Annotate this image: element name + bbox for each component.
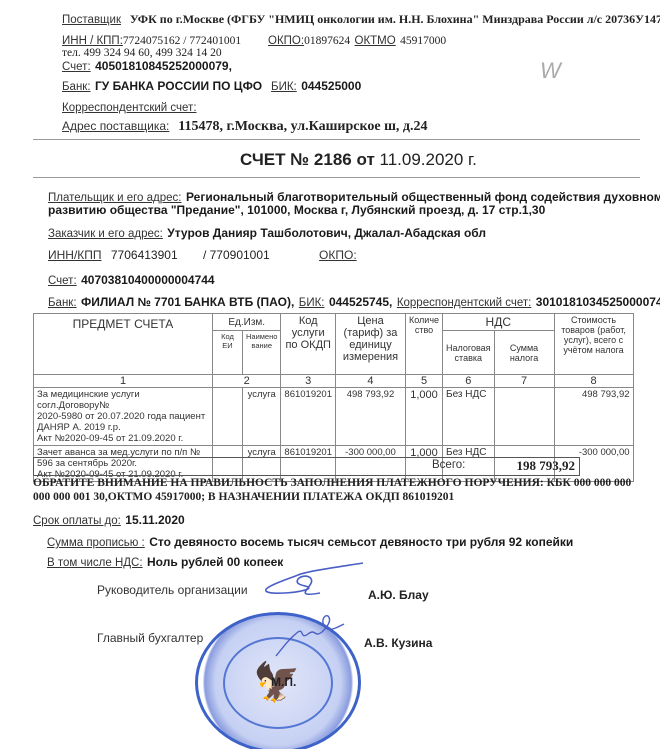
amount-in-words: Сумма прописью : Сто девяносто восемь ты… xyxy=(47,533,573,551)
customer-kpp-value: / 770901001 xyxy=(203,248,270,262)
divider xyxy=(33,177,640,178)
col-num: 3 xyxy=(281,375,336,388)
supplier-oktmo-label: ОКТМО xyxy=(355,35,396,47)
handwritten-mark: W xyxy=(540,58,561,84)
divider xyxy=(33,139,640,140)
header-price: Цена (тариф) за единицу измерения xyxy=(335,314,405,375)
subject-line: ДАНЯР А. 2019 г.р. xyxy=(37,422,209,433)
header-vat-rate: Налоговая ставка xyxy=(443,331,495,375)
supplier-value: УФК по г.Москве (ФГБУ "НМИЦ онкологии им… xyxy=(130,12,660,26)
amount-words-value: Сто девяносто восемь тысяч семьсот девян… xyxy=(149,535,573,549)
supplier-oktmo-value: 45917000 xyxy=(400,35,446,47)
supplier-label: Поставщик xyxy=(62,14,121,26)
supplier-address-label: Адрес поставщика: xyxy=(62,119,169,133)
total-label: Всего: xyxy=(432,459,465,471)
payer-value-2: развитию общества "Предание", 101000, Мо… xyxy=(48,203,545,217)
subject-line: Акт №2020-09-45 от 21.09.2020 г. xyxy=(37,433,209,444)
row-price: 498 793,92 xyxy=(335,388,405,446)
header-unit-code: Код ЕИ xyxy=(213,331,243,375)
customer-corr-value: 30101810345250000745 xyxy=(536,295,660,309)
supplier-account-label: Счет: xyxy=(62,61,91,73)
due-date: Срок оплаты до: 15.11.2020 xyxy=(33,511,185,529)
header-vat: НДС xyxy=(443,314,555,331)
supplier-inn-value: 7724075162 / 772401001 xyxy=(123,35,241,47)
payment-notice-2: 000 000 001 30,ОКТМО 45917000; В НАЗНАЧЕ… xyxy=(33,491,454,503)
col-num: 8 xyxy=(554,375,633,388)
col-num: 2 xyxy=(213,375,281,388)
payment-notice-1: ОБРАТИТЕ ВНИМАНИЕ НА ПРАВИЛЬНОСТЬ ЗАПОЛН… xyxy=(33,477,631,489)
customer-bik-label: БИК: xyxy=(299,297,325,309)
customer-corr-label: Корреспондентский счет: xyxy=(397,297,532,309)
subject-line: 2020-5980 от 20.07.2020 года пациент xyxy=(37,411,209,422)
total-row: Всего: 198 793,92 xyxy=(33,457,580,476)
customer-ids: ИНН/КПП 7706413901 / 770901001 ОКПО: xyxy=(48,248,357,262)
header-vat-sum: Сумма налога xyxy=(494,331,554,375)
col-num: 5 xyxy=(405,375,442,388)
amount-words-label: Сумма прописью : xyxy=(47,537,145,549)
customer-bank: Банк: ФИЛИАЛ № 7701 БАНКА ВТБ (ПАО), БИК… xyxy=(48,293,660,311)
customer-value: Утуров Данияр Ташболотович, Джалал-Абадс… xyxy=(167,226,486,240)
due-value: 15.11.2020 xyxy=(125,513,184,527)
supplier-account-value: 40501810845252000079, xyxy=(95,59,232,73)
col-num: 6 xyxy=(443,375,495,388)
customer-inn-label: ИНН/КПП xyxy=(48,248,102,262)
customer-account: Счет: 40703810400000004744 xyxy=(48,271,215,289)
column-numbers-row: 1 2 3 4 5 6 7 8 xyxy=(34,375,634,388)
customer-bank-label: Банк: xyxy=(48,297,77,309)
supplier-address: Адрес поставщика: 115478, г.Москва, ул.К… xyxy=(62,117,428,135)
supplier-corr: Корреспондентский счет: xyxy=(62,98,197,116)
row-vat-rate: Без НДС xyxy=(443,388,495,446)
head-name: А.Ю. Блау xyxy=(368,588,429,602)
supplier-bank-label: Банк: xyxy=(62,81,91,93)
customer-account-label: Счет: xyxy=(48,275,77,287)
row-vat-sum xyxy=(494,388,554,446)
supplier-account: Счет: 40501810845252000079, xyxy=(62,57,232,75)
supplier-okpo-value: 01897624 xyxy=(304,35,350,47)
vat-words-label: В том числе НДС: xyxy=(47,557,143,569)
head-signature xyxy=(258,557,368,602)
supplier-bank: Банк: ГУ БАНКА РОССИИ ПО ЦФО БИК: 044525… xyxy=(62,77,361,95)
supplier-bik-label: БИК: xyxy=(271,81,297,93)
header-unit: Ед.Изм. xyxy=(213,314,281,331)
accountant-label: Главный бухгалтер xyxy=(97,631,203,645)
head-label: Руководитель организации xyxy=(97,583,248,597)
vat-in-words: В том числе НДС: Ноль рублей 00 копеек xyxy=(47,553,283,571)
table-row: За медицинские услуги согл.Договору№ 202… xyxy=(34,388,634,446)
customer-account-value: 40703810400000004744 xyxy=(81,273,214,287)
col-num: 1 xyxy=(34,375,213,388)
supplier-bik-value: 044525000 xyxy=(301,79,361,93)
stamp-label: М.П. xyxy=(271,675,296,689)
customer-bik-value: 044525745, xyxy=(329,295,392,309)
accountant-name: А.В. Кузина xyxy=(364,636,432,650)
customer-okpo-label: ОКПО: xyxy=(319,248,357,262)
row-unit-code xyxy=(213,388,243,446)
invoice-number: СЧЕТ № 2186 xyxy=(240,150,352,169)
header-total: Стоимость товаров (работ, услуг), всего … xyxy=(554,314,633,375)
supplier-inn-label: ИНН / КПП: xyxy=(62,35,123,47)
row-subject: За медицинские услуги согл.Договору№ 202… xyxy=(34,388,213,446)
customer-label: Заказчик и его адрес: xyxy=(48,228,163,240)
row-total: 498 793,92 xyxy=(554,388,633,446)
header-qty: Количе ство xyxy=(405,314,442,375)
row-unit-name: услуга xyxy=(243,388,281,446)
header-okdp: Код услуги по ОКДП xyxy=(281,314,336,375)
row-okdp: 861019201 xyxy=(281,388,336,446)
customer-bank-value: ФИЛИАЛ № 7701 БАНКА ВТБ (ПАО), xyxy=(81,295,294,309)
header-unit-name: Наимено вание xyxy=(243,331,281,375)
customer-inn-value: 7706413901 xyxy=(111,248,178,262)
customer-line: Заказчик и его адрес: Утуров Данияр Ташб… xyxy=(48,224,486,242)
payer-value-1: Региональный благотворительный обществен… xyxy=(186,190,660,204)
col-num: 4 xyxy=(335,375,405,388)
invoice-date: 11.09.2020 г. xyxy=(380,150,477,169)
col-num: 7 xyxy=(494,375,554,388)
supplier-address-value: 115478, г.Москва, ул.Каширское ш, д.24 xyxy=(178,119,427,134)
due-label: Срок оплаты до: xyxy=(33,515,121,527)
accountant-signature xyxy=(270,610,350,660)
supplier-corr-label: Корреспондентский счет: xyxy=(62,102,197,114)
supplier-bank-value: ГУ БАНКА РОССИИ ПО ЦФО xyxy=(95,79,262,93)
invoice-title-line: СЧЕТ № 2186 от 11.09.2020 г. xyxy=(240,150,477,170)
total-value: 198 793,92 xyxy=(517,458,576,474)
invoice-from: от xyxy=(356,150,374,169)
header-subject: ПРЕДМЕТ СЧЕТА xyxy=(34,314,213,375)
supplier-okpo-label: ОКПО: xyxy=(268,35,304,47)
subject-line: За медицинские услуги согл.Договору№ xyxy=(37,389,209,411)
row-qty: 1,000 xyxy=(405,388,442,446)
supplier-line: Поставщик УФК по г.Москве (ФГБУ "НМИЦ он… xyxy=(62,10,660,28)
